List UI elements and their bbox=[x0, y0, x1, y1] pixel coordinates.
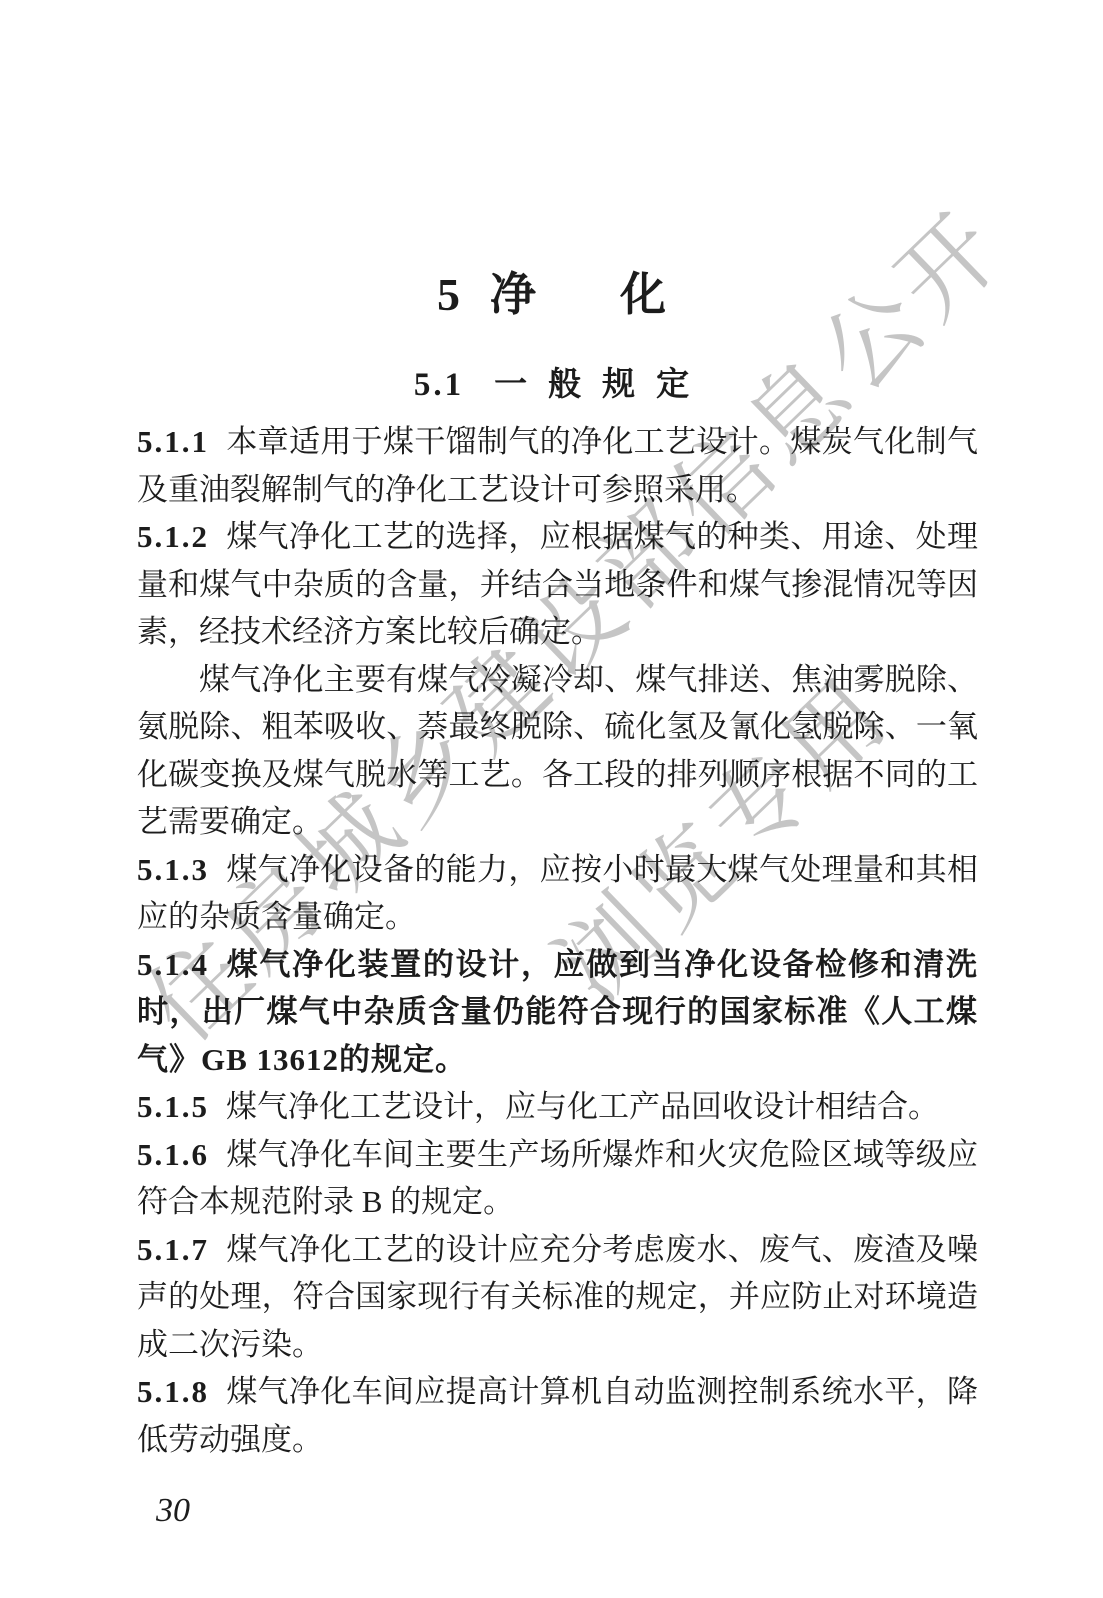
page-number: 30 bbox=[156, 1490, 190, 1532]
clause-number: 5.1.8 bbox=[137, 1374, 209, 1409]
clause-number: 5.1.3 bbox=[137, 852, 209, 887]
section-number: 5.1 bbox=[414, 367, 464, 403]
clause-number: 5.1.6 bbox=[137, 1137, 209, 1172]
clause-5-1-7: 5.1.7煤气净化工艺的设计应充分考虑废水、废气、废渣及噪声的处理，符合国家现行… bbox=[137, 1226, 978, 1369]
clause-number: 5.1.5 bbox=[137, 1089, 209, 1124]
clause-5-1-6: 5.1.6煤气净化车间主要生产场所爆炸和火灾危险区域等级应符合本规范附录 B 的… bbox=[137, 1131, 978, 1226]
clause-text: 煤气净化工艺的设计应充分考虑废水、废气、废渣及噪声的处理，符合国家现行有关标准的… bbox=[137, 1232, 978, 1362]
clause-5-1-2-continuation: 煤气净化主要有煤气冷凝冷却、煤气排送、焦油雾脱除、氨脱除、粗苯吸收、萘最终脱除、… bbox=[137, 656, 978, 846]
chapter-number: 5 bbox=[437, 269, 460, 320]
chapter-title-char-2: 化 bbox=[620, 269, 666, 320]
clause-text: 本章适用于煤干馏制气的净化工艺设计。煤炭气化制气及重油裂解制气的净化工艺设计可参… bbox=[137, 424, 978, 507]
clause-5-1-4: 5.1.4煤气净化装置的设计，应做到当净化设备检修和清洗时，出厂煤气中杂质含量仍… bbox=[137, 941, 978, 1084]
clause-number: 5.1.7 bbox=[137, 1232, 209, 1267]
document-page: 住房城乡建设部信息公开 浏览专用 5净化 5.1一般规定 5.1.1本章适用于煤… bbox=[0, 0, 1103, 1598]
clause-text: 煤气净化工艺的选择，应根据煤气的种类、用途、处理量和煤气中杂质的含量，并结合当地… bbox=[137, 519, 978, 649]
clause-number: 5.1.1 bbox=[137, 424, 209, 459]
clause-text: 煤气净化车间主要生产场所爆炸和火灾危险区域等级应符合本规范附录 B 的规定。 bbox=[137, 1137, 978, 1220]
clause-number: 5.1.2 bbox=[137, 519, 209, 554]
clause-5-1-3: 5.1.3煤气净化设备的能力，应按小时最大煤气处理量和其相应的杂质含量确定。 bbox=[137, 846, 978, 941]
clause-text: 煤气净化主要有煤气冷凝冷却、煤气排送、焦油雾脱除、氨脱除、粗苯吸收、萘最终脱除、… bbox=[137, 662, 978, 840]
clause-text: 煤气净化装置的设计，应做到当净化设备检修和清洗时，出厂煤气中杂质含量仍能符合现行… bbox=[137, 947, 978, 1077]
clause-5-1-2: 5.1.2煤气净化工艺的选择，应根据煤气的种类、用途、处理量和煤气中杂质的含量，… bbox=[137, 513, 978, 656]
clause-5-1-1: 5.1.1本章适用于煤干馏制气的净化工艺设计。煤炭气化制气及重油裂解制气的净化工… bbox=[137, 418, 978, 513]
clause-text: 煤气净化车间应提高计算机自动监测控制系统水平，降低劳动强度。 bbox=[137, 1374, 978, 1457]
clause-text: 煤气净化工艺设计，应与化工产品回收设计相结合。 bbox=[226, 1089, 939, 1124]
section-title: 一般规定 bbox=[494, 367, 710, 403]
chapter-title-char-1: 净 bbox=[490, 269, 536, 320]
clause-number: 5.1.4 bbox=[137, 947, 209, 982]
clause-5-1-5: 5.1.5煤气净化工艺设计，应与化工产品回收设计相结合。 bbox=[137, 1083, 978, 1131]
clause-5-1-8: 5.1.8煤气净化车间应提高计算机自动监测控制系统水平，降低劳动强度。 bbox=[137, 1368, 978, 1463]
clause-list: 5.1.1本章适用于煤干馏制气的净化工艺设计。煤炭气化制气及重油裂解制气的净化工… bbox=[137, 418, 978, 1463]
chapter-heading: 5净化 bbox=[0, 266, 1103, 324]
section-heading: 5.1一般规定 bbox=[0, 364, 1103, 406]
clause-text: 煤气净化设备的能力，应按小时最大煤气处理量和其相应的杂质含量确定。 bbox=[137, 852, 978, 935]
